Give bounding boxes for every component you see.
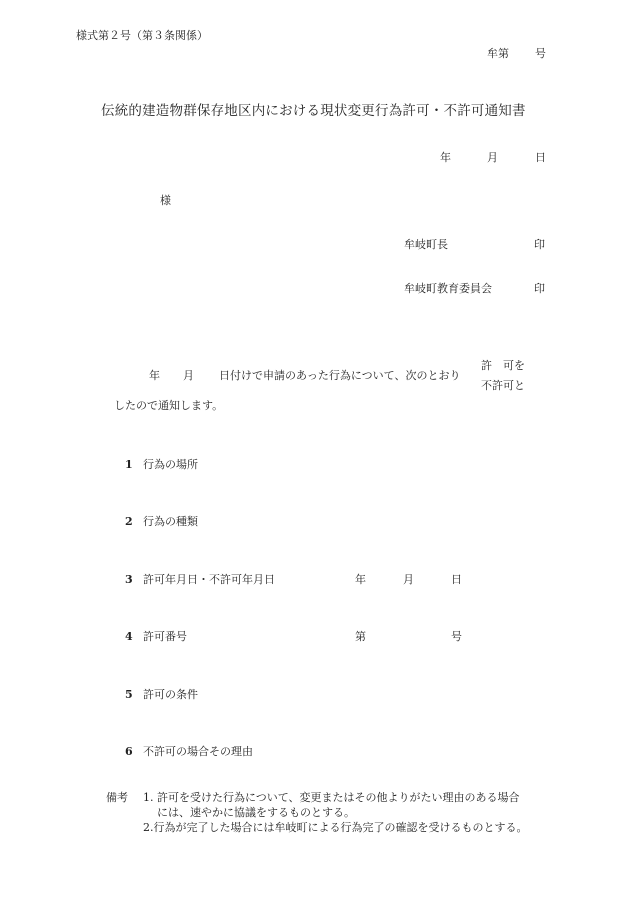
remarks-line: 1. 許可を受けた行為について、変更またはその他よりがたい理由のある場合 (143, 792, 520, 803)
permit-number-suffix: 号 (451, 631, 462, 642)
doc-number-prefix: 牟第 (487, 48, 509, 59)
document-title: 伝統的建造物群保存地区内における現状変更行為許可・不許可通知書 (101, 105, 526, 119)
body-choice-deny: 不許可と (481, 380, 525, 391)
issue-date-month: 月 (487, 152, 498, 163)
item-label: 許可の条件 (143, 689, 198, 700)
issue-date-day: 日 (535, 152, 546, 163)
item-number: 6 (125, 746, 133, 757)
item-number: 1 (125, 459, 133, 470)
item-date-day: 日 (451, 574, 462, 585)
body-text-main: 日付けで申請のあった行為について、次のとおり (219, 370, 460, 381)
item-label: 許可年月日・不許可年月日 (143, 574, 275, 585)
seal-mark-mayor: 印 (534, 239, 545, 250)
item-label: 許可番号 (143, 631, 187, 642)
item-date-year: 年 (355, 574, 366, 585)
item-number: 4 (125, 631, 133, 642)
issue-date-year: 年 (440, 152, 451, 163)
remarks-label: 備考 (106, 792, 128, 803)
item-number: 5 (125, 689, 133, 700)
issuer-mayor: 牟岐町長 (404, 239, 448, 250)
remarks-line: 2.行為が完了した場合には牟岐町による行為完了の確認を受けるものとする。 (143, 822, 528, 833)
permit-number-prefix: 第 (355, 631, 366, 642)
seal-mark-board: 印 (534, 283, 545, 294)
item-date-month: 月 (403, 574, 414, 585)
remarks-line: には、速やかに協議をするものとする。 (157, 807, 355, 818)
item-label: 行為の種類 (143, 516, 198, 527)
doc-number-suffix: 号 (535, 48, 546, 59)
item-label: 行為の場所 (143, 459, 198, 470)
body-choice-permit: 許 可を (481, 360, 525, 371)
item-number: 3 (125, 574, 133, 585)
body-text-end: したので通知します。 (114, 400, 223, 411)
item-label: 不許可の場合その理由 (143, 746, 253, 757)
form-label: 様式第２号（第３条関係） (76, 30, 208, 41)
body-year: 年 (149, 370, 160, 381)
item-number: 2 (125, 516, 133, 527)
issuer-board-of-education: 牟岐町教育委員会 (404, 283, 492, 294)
body-month: 月 (183, 370, 194, 381)
addressee-suffix: 様 (160, 195, 171, 206)
